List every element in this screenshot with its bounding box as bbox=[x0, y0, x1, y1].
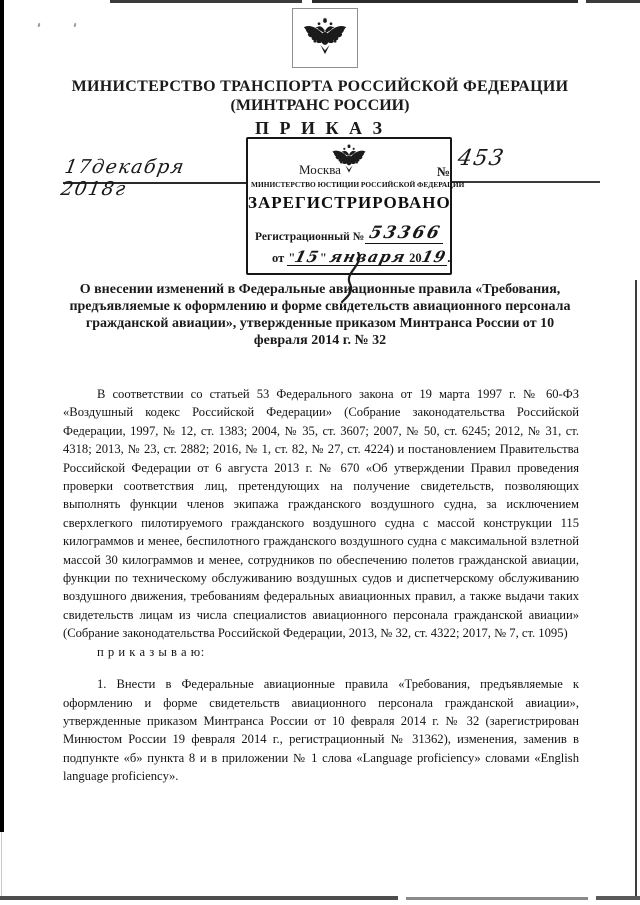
scan-speck bbox=[38, 23, 41, 27]
number-sign: № bbox=[437, 164, 450, 180]
stamp-eagle-icon bbox=[248, 141, 450, 184]
ministry-name: МИНИСТЕРСТВО ТРАНСПОРТА РОССИЙСКОЙ ФЕДЕР… bbox=[0, 78, 640, 96]
scan-edge-top bbox=[586, 0, 640, 3]
handwritten-day: 15 bbox=[293, 247, 322, 266]
ministry-short-name: (МИНТРАНС РОССИИ) bbox=[0, 97, 640, 115]
pen-flourish-stroke bbox=[338, 252, 366, 304]
preamble-paragraph: В соответствии со статьей 53 Федеральног… bbox=[63, 385, 579, 643]
stamp-authority-name: МИНИСТЕРСТВО ЮСТИЦИИ РОССИЙСКОЙ ФЕДЕРАЦИ… bbox=[251, 180, 447, 189]
order-subject-title: О внесении изменений в Федеральные авиац… bbox=[65, 281, 575, 349]
scan-edge-left bbox=[1, 832, 2, 896]
stamp-registered-word: ЗАРЕГИСТРИРОВАНО bbox=[248, 193, 450, 213]
coat-of-arms-box bbox=[292, 8, 358, 68]
scan-edge-bottom bbox=[0, 896, 398, 900]
scan-edge-top bbox=[312, 0, 578, 3]
order-heading: П Р И К А З bbox=[0, 118, 640, 139]
clause-1-paragraph: 1. Внести в Федеральные авиационные прав… bbox=[63, 675, 579, 785]
stamp-from-word: от bbox=[272, 251, 284, 265]
handwritten-year: 19 bbox=[419, 247, 448, 266]
scan-edge-right bbox=[635, 280, 637, 898]
stamp-date-group: "15" января 2019 bbox=[287, 251, 447, 266]
scan-speck bbox=[74, 23, 77, 27]
handwritten-order-number: 453 bbox=[458, 146, 505, 171]
decree-word: п р и к а з ы в а ю: bbox=[63, 643, 579, 661]
double-headed-eagle-icon bbox=[302, 13, 348, 63]
stamp-reg-number-label: Регистрационный № bbox=[255, 231, 364, 243]
scan-edge-bottom bbox=[406, 897, 588, 900]
order-body: В соответствии со статьей 53 Федеральног… bbox=[63, 385, 579, 786]
number-underline bbox=[450, 181, 600, 183]
scanned-order-document: МИНИСТЕРСТВО ТРАНСПОРТА РОССИЙСКОЙ ФЕДЕР… bbox=[0, 0, 640, 905]
scan-edge-top bbox=[110, 0, 302, 3]
stamp-registration-number-line: Регистрационный № 53366 bbox=[255, 225, 445, 246]
handwritten-registration-number: 53366 bbox=[365, 223, 448, 244]
scan-edge-bottom bbox=[596, 896, 640, 900]
